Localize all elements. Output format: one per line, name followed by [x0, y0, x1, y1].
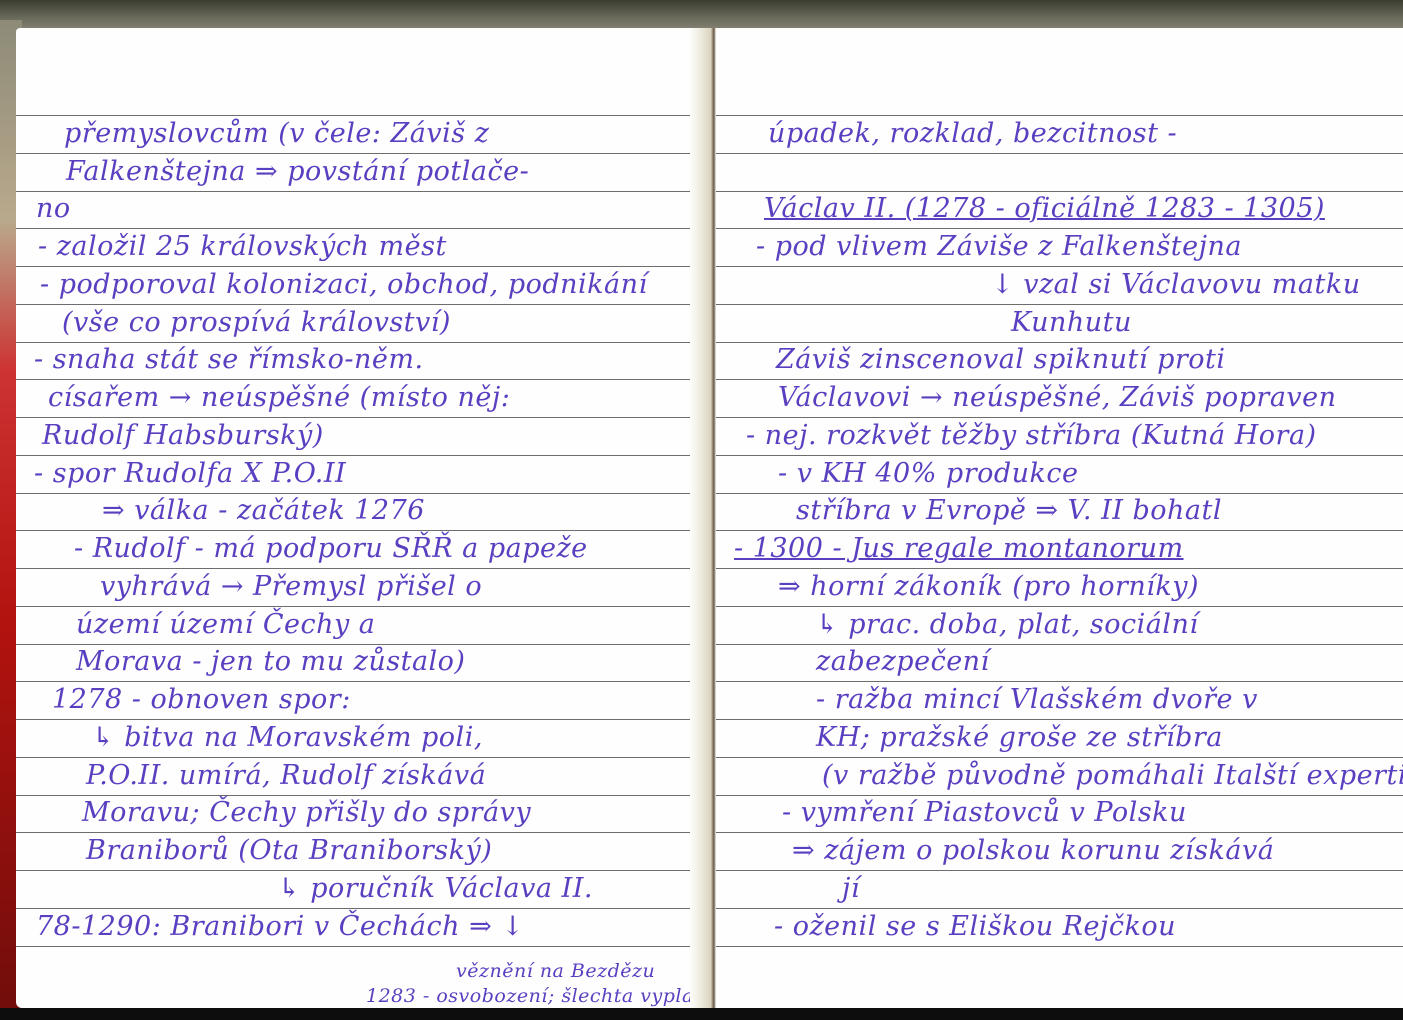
ruled-line [716, 795, 1403, 796]
handwritten-line: jí [842, 875, 860, 902]
ruled-line [716, 870, 1403, 871]
handwritten-line: - v KH 40% produkce [778, 460, 1079, 487]
handwritten-line: Braniborů (Ota Braniborský) [86, 837, 492, 864]
ruled-line [16, 228, 714, 229]
ruled-line [716, 908, 1403, 909]
binding-gutter [690, 28, 716, 1008]
ruled-line [716, 719, 1403, 720]
handwritten-line: (v ražbě původně pomáhali Italští expert… [822, 762, 1403, 789]
ruled-line [716, 417, 1403, 418]
handwritten-line: Záviš zinscenoval spiknutí proti [776, 346, 1226, 373]
ruled-line [16, 455, 714, 456]
ruled-line [716, 455, 1403, 456]
ruled-line [16, 153, 714, 154]
handwritten-line: - ražba mincí Vlašském dvoře v [816, 686, 1258, 713]
ruled-line [16, 417, 714, 418]
handwritten-line: - spor Rudolfa X P.O.II [34, 460, 346, 487]
handwritten-line: zabezpečení [816, 648, 990, 675]
ruled-line [16, 266, 714, 267]
handwritten-line: - oženil se s Eliškou Rejčkou [774, 913, 1176, 940]
ruled-line [16, 342, 714, 343]
handwritten-line: území území Čechy a [76, 611, 375, 638]
ruled-line [716, 153, 1403, 154]
ruled-line [716, 191, 1403, 192]
ruled-line [716, 266, 1403, 267]
ruled-line [16, 870, 714, 871]
ruled-line [16, 795, 714, 796]
handwritten-line: KH; pražské groše ze stříbra [816, 724, 1223, 751]
ruled-line [16, 644, 714, 645]
ruled-line [716, 757, 1403, 758]
ruled-line [716, 946, 1403, 947]
handwritten-line: P.O.II. umírá, Rudolf získává [86, 762, 486, 789]
handwritten-line: - snaha stát se římsko-něm. [34, 346, 424, 373]
handwritten-line: Kunhutu [1011, 309, 1132, 336]
handwritten-line: vyhrává → Přemysl přišel o [100, 573, 482, 600]
ruled-line [716, 493, 1403, 494]
ruled-line [16, 191, 714, 192]
handwritten-line: ⇒ válka - začátek 1276 [102, 497, 425, 524]
handwritten-line: Morava - jen to mu zůstalo) [76, 648, 465, 675]
handwritten-line: úpadek, rozklad, bezcitnost - [768, 120, 1177, 147]
ruled-line [16, 946, 714, 947]
ruled-line [16, 304, 714, 305]
ruled-line [716, 379, 1403, 380]
handwritten-line: Rudolf Habsburský) [42, 422, 324, 449]
handwritten-line: Václav II. (1278 - oficiálně 1283 - 1305… [764, 195, 1325, 222]
ruled-line [16, 115, 714, 116]
ruled-line [16, 379, 714, 380]
ruled-line [16, 719, 714, 720]
handwritten-line: - pod vlivem Záviše z Falkenštejna [756, 233, 1242, 260]
handwritten-line: císařem → neúspěšné (místo něj: [48, 384, 510, 411]
handwritten-line: ⇒ zájem o polskou korunu získává [792, 837, 1274, 864]
handwritten-line: věznění na Bezdězu [456, 962, 655, 981]
ruled-line [716, 342, 1403, 343]
ruled-line [16, 832, 714, 833]
ruled-line [16, 568, 714, 569]
handwritten-line: - podporoval kolonizaci, obchod, podniká… [40, 271, 648, 298]
ruled-line [16, 530, 714, 531]
handwritten-line: Moravu; Čechy přišly do správy [82, 799, 531, 826]
ruled-line [16, 606, 714, 607]
handwritten-line: - nej. rozkvět těžby stříbra (Kutná Hora… [746, 422, 1317, 449]
ruled-line [716, 681, 1403, 682]
handwritten-line: stříbra v Evropě ⇒ V. II bohatl [796, 497, 1222, 524]
ruled-line [16, 908, 714, 909]
handwritten-line: - Rudolf - má podporu SŘŘ a papeže [74, 535, 588, 562]
handwritten-line: ↳ prac. doba, plat, sociální [816, 611, 1199, 638]
handwritten-line: - založil 25 královských měst [38, 233, 447, 260]
notebook-bottom-edge [0, 1008, 1403, 1020]
handwritten-line: Falkenštejna ⇒ povstání potlače- [66, 158, 529, 185]
handwritten-line: no [36, 195, 71, 222]
ruled-line [716, 228, 1403, 229]
ruled-line [716, 644, 1403, 645]
handwritten-line: ↳ bitva na Moravském poli, [92, 724, 483, 751]
handwritten-line: Václavovi → neúspěšné, Záviš popraven [778, 384, 1337, 411]
ruled-line [16, 757, 714, 758]
ruled-line [16, 493, 714, 494]
handwritten-line: ↓ vzal si Václavovu matku [991, 271, 1361, 298]
handwritten-line: ↳ poručník Václava II. [278, 875, 593, 902]
ruled-line [716, 115, 1403, 116]
right-page: úpadek, rozklad, bezcitnost -Václav II. … [716, 28, 1403, 1008]
handwritten-line: - vymření Piastovců v Polsku [782, 799, 1187, 826]
ruled-line [716, 606, 1403, 607]
left-page: přemyslovcům (v čele: Záviš zFalkenštejn… [16, 28, 714, 1008]
handwritten-line: (vše co prospívá království) [62, 309, 451, 336]
ruled-line [716, 530, 1403, 531]
handwritten-line: přemyslovcům (v čele: Záviš z [64, 120, 489, 147]
ruled-line [716, 304, 1403, 305]
handwritten-line: 78-1290: Branibori v Čechách ⇒ ↓ [36, 913, 524, 940]
ruled-line [716, 832, 1403, 833]
handwritten-line: 1278 - obnoven spor: [52, 686, 351, 713]
ruled-line [716, 568, 1403, 569]
ruled-line [16, 681, 714, 682]
handwritten-line: - 1300 - Jus regale montanorum [734, 535, 1184, 562]
handwritten-line: 1283 - osvobození; šlechta vyplatila [366, 987, 714, 1006]
handwritten-line: ⇒ horní zákoník (pro horníky) [778, 573, 1199, 600]
